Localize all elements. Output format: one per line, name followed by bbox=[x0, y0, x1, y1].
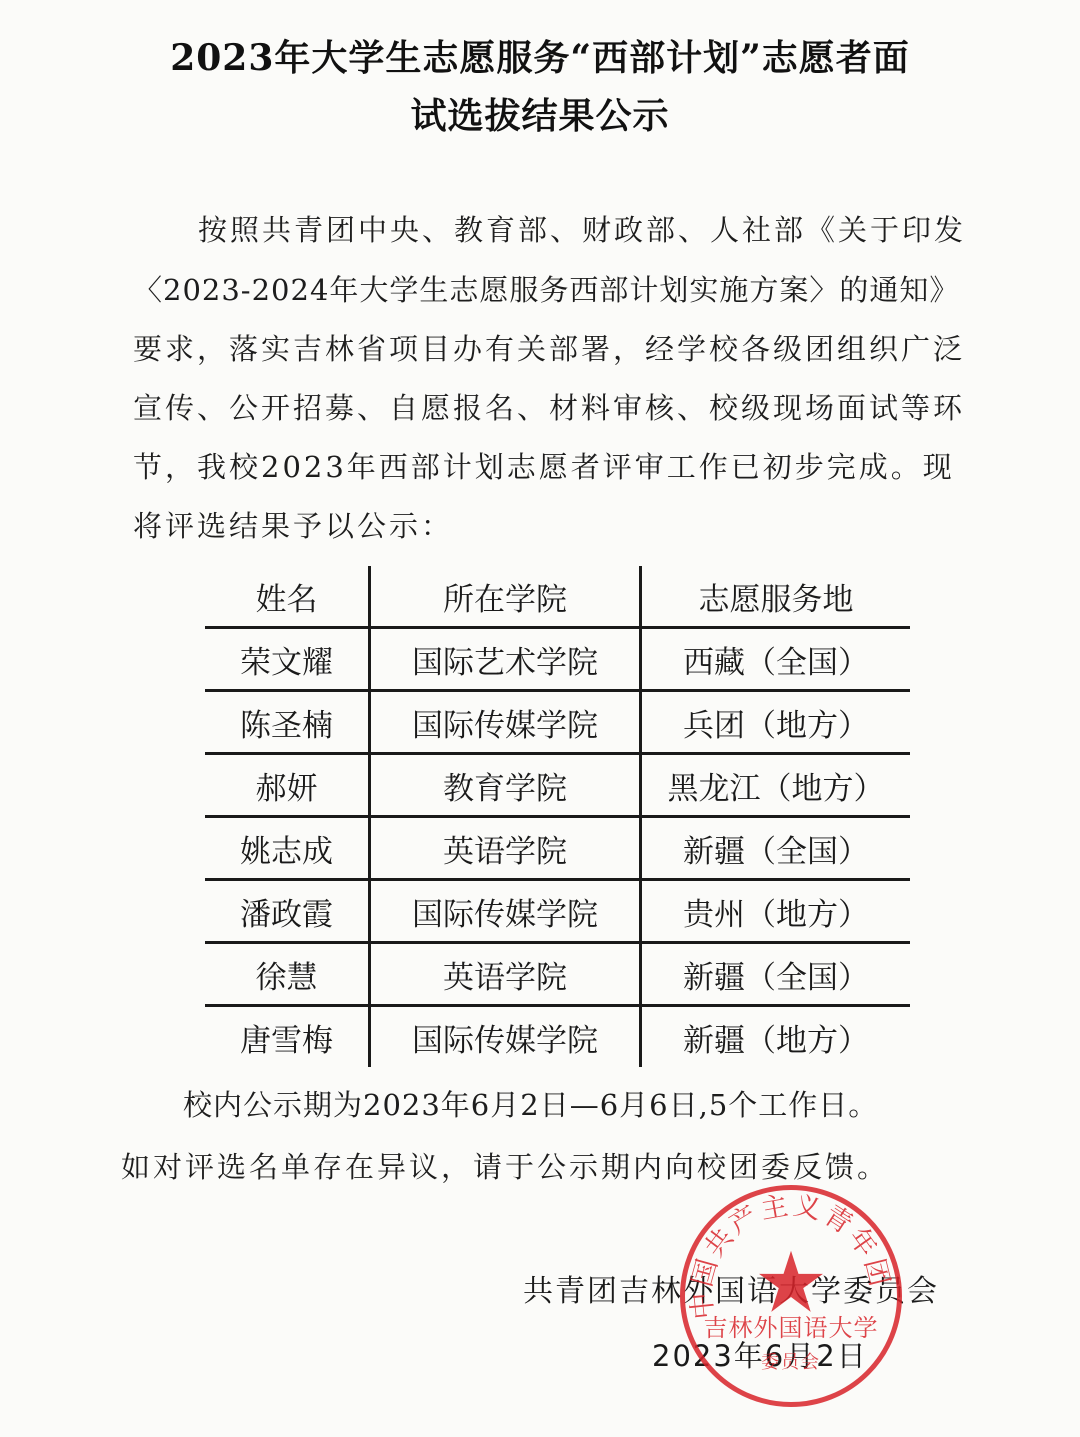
cell-name: 郝妍 bbox=[205, 754, 370, 817]
document-title-line-1: 2023年大学生志愿服务“西部计划”志愿者面 bbox=[0, 30, 1080, 81]
seal-institution: 吉林外国语大学 bbox=[701, 1308, 881, 1343]
table-row: 潘政霞 国际传媒学院 贵州（地方） bbox=[205, 880, 910, 943]
intro-line: 节，我校2023年西部计划志愿者评审工作已初步完成。现 bbox=[133, 445, 955, 486]
cell-name: 陈圣楠 bbox=[205, 691, 370, 754]
cell-location: 新疆（全国） bbox=[641, 943, 911, 1006]
cell-college: 国际传媒学院 bbox=[370, 691, 641, 754]
cell-location: 兵团（地方） bbox=[641, 691, 911, 754]
table-row: 唐雪梅 国际传媒学院 新疆（地方） bbox=[205, 1006, 910, 1068]
cell-location: 西藏（全国） bbox=[641, 628, 911, 691]
table-row: 姚志成 英语学院 新疆（全国） bbox=[205, 817, 910, 880]
cell-location: 贵州（地方） bbox=[641, 880, 911, 943]
cell-name: 唐雪梅 bbox=[205, 1006, 370, 1068]
cell-location: 新疆（全国） bbox=[641, 817, 911, 880]
intro-line: 将评选结果予以公示： bbox=[133, 504, 453, 545]
table-row: 郝妍 教育学院 黑龙江（地方） bbox=[205, 754, 910, 817]
intro-line: 〈2023-2024年大学生志愿服务西部计划实施方案〉的通知》 bbox=[133, 268, 959, 309]
header-college: 所在学院 bbox=[370, 566, 641, 628]
cell-college: 国际艺术学院 bbox=[370, 628, 641, 691]
seal-committee: 委员会 bbox=[701, 1348, 881, 1374]
cell-college: 国际传媒学院 bbox=[370, 1006, 641, 1068]
cell-name: 潘政霞 bbox=[205, 880, 370, 943]
table-row: 陈圣楠 国际传媒学院 兵团（地方） bbox=[205, 691, 910, 754]
notice-line: 如对评选名单存在异议，请于公示期内向校团委反馈。 bbox=[121, 1145, 889, 1186]
results-table: 姓名 所在学院 志愿服务地 荣文耀 国际艺术学院 西藏（全国） 陈圣楠 国际传媒… bbox=[205, 566, 910, 1067]
cell-college: 教育学院 bbox=[370, 754, 641, 817]
intro-line: 宣传、公开招募、自愿报名、材料审核、校级现场面试等环 bbox=[133, 386, 965, 427]
table-header-row: 姓名 所在学院 志愿服务地 bbox=[205, 566, 910, 628]
cell-college: 英语学院 bbox=[370, 817, 641, 880]
header-name: 姓名 bbox=[205, 566, 370, 628]
cell-name: 姚志成 bbox=[205, 817, 370, 880]
cell-name: 徐慧 bbox=[205, 943, 370, 1006]
intro-line: 按照共青团中央、教育部、财政部、人社部《关于印发 bbox=[198, 208, 966, 249]
official-seal: 中国共产主义青年团 吉林外国语大学 委员会 bbox=[680, 1185, 902, 1407]
intro-line: 要求，落实吉林省项目办有关部署，经学校各级团组织广泛 bbox=[133, 327, 965, 368]
table-row: 徐慧 英语学院 新疆（全国） bbox=[205, 943, 910, 1006]
cell-college: 国际传媒学院 bbox=[370, 880, 641, 943]
star-icon bbox=[757, 1248, 825, 1316]
document-title-line-2: 试选拔结果公示 bbox=[0, 88, 1080, 139]
cell-location: 黑龙江（地方） bbox=[641, 754, 911, 817]
table-row: 荣文耀 国际艺术学院 西藏（全国） bbox=[205, 628, 910, 691]
cell-name: 荣文耀 bbox=[205, 628, 370, 691]
header-service-location: 志愿服务地 bbox=[641, 566, 911, 628]
notice-line: 校内公示期为2023年6月2日—6月6日,5个工作日。 bbox=[183, 1083, 878, 1124]
cell-location: 新疆（地方） bbox=[641, 1006, 911, 1068]
cell-college: 英语学院 bbox=[370, 943, 641, 1006]
